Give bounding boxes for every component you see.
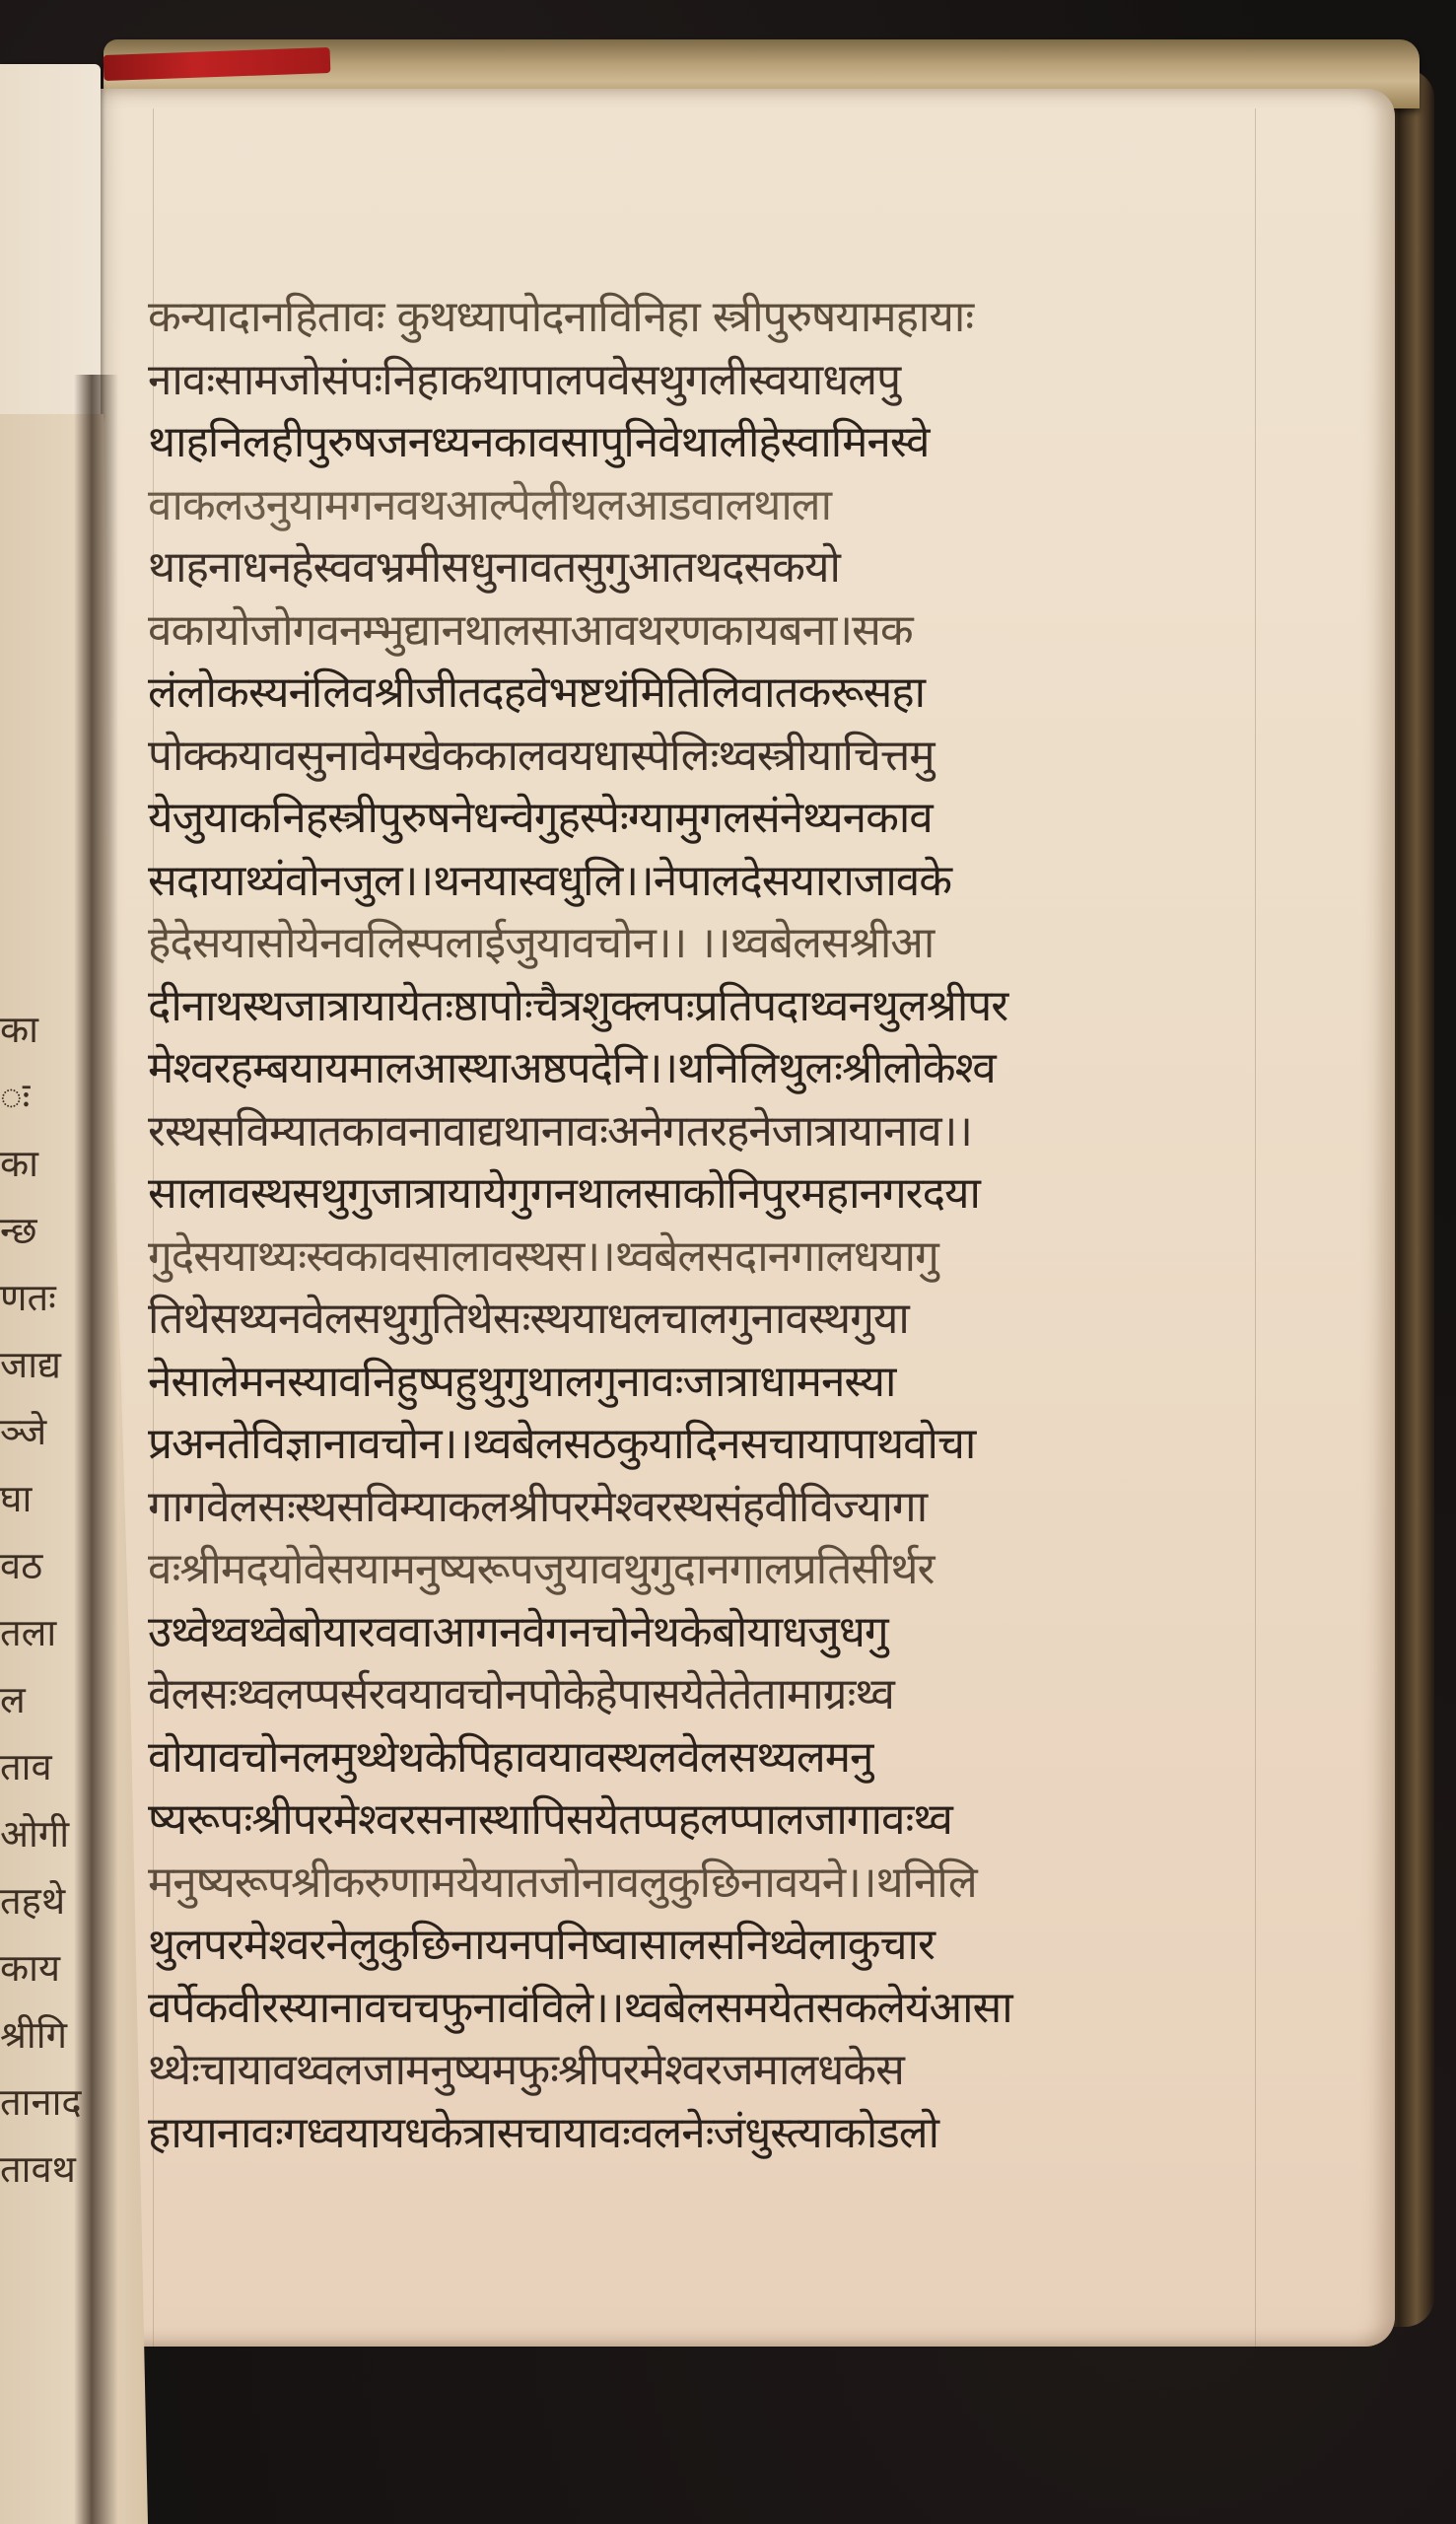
left-leaf-text-fragments: का ः का न्छ णतः जाद्य ञ्जे घा वठ तला ल त… — [0, 996, 128, 2203]
manuscript-text-block: कन्यादानहितावः कुथध्यापोदनाविनिहा स्त्री… — [148, 286, 1301, 2164]
text-line: ष्यरूपःश्रीपरमेश्वरसनास्थापिसयेतप्पहलप्प… — [148, 1788, 1301, 1852]
left-leaf-upper-corner — [0, 64, 101, 419]
text-line: पोक्कयावसुनावेमखेककालवयधास्पेलिःथ्वस्त्र… — [148, 725, 1301, 788]
text-line: सालावस्थसथुगुजात्रायायेगुगनथालसाकोनिपुरम… — [148, 1162, 1301, 1226]
leaf-fragment: तहथे — [0, 1867, 128, 1934]
text-line: वःश्रीमदयोवेसयामनुष्यरूपजुयावथुगुदानगालप… — [148, 1538, 1301, 1601]
text-line: रस्थसविम्यातकावनावाद्यथानावःअनेगतरहनेजात… — [148, 1100, 1301, 1163]
leaf-fragment: ताव — [0, 1733, 128, 1800]
leaf-fragment: ओगी — [0, 1800, 128, 1867]
leaf-fragment: काय — [0, 1934, 128, 2001]
leaf-fragment: वठ — [0, 1532, 128, 1599]
text-line: मनुष्यरूपश्रीकरुणामयेयातजोनावलुकुछिनावयन… — [148, 1852, 1301, 1915]
text-line: गुदेसयाथ्यःस्वकावसालावस्थस।।थ्वबेलसदानगा… — [148, 1226, 1301, 1289]
leaf-fragment: तानाद — [0, 2068, 128, 2136]
leaf-fragment: का — [0, 1130, 128, 1197]
text-line: दीनाथस्थजात्रायायेतःष्ठापोःचैत्रशुक्लपःप… — [148, 975, 1301, 1038]
leaf-fragment: तला — [0, 1599, 128, 1666]
text-line: वेलसःथ्वलप्पर्सरवयावचोनपोकेहेपासयेतेतेता… — [148, 1663, 1301, 1726]
text-line: थाहनाधनहेस्ववभ्रमीसधुनावतसुगुआतथदसकयो — [148, 536, 1301, 599]
text-line: येजुयाकनिहस्त्रीपुरुषनेधन्वेगुहस्पेःग्या… — [148, 787, 1301, 850]
leaf-fragment: ः — [0, 1063, 128, 1130]
leaf-fragment: ञ्जे — [0, 1398, 128, 1465]
text-line: नेसालेमनस्यावनिहुष्पहुथुगुथालगुनावःजात्र… — [148, 1351, 1301, 1414]
text-line: कन्यादानहितावः कुथध्यापोदनाविनिहा स्त्री… — [148, 286, 1301, 349]
leaf-fragment: श्रीगि — [0, 2001, 128, 2068]
leaf-fragment: णतः — [0, 1264, 128, 1331]
text-line: वकायोजोगवनम्भुद्यानथालसाआवथरणकायबना।सक — [148, 599, 1301, 663]
text-line: वोयावचोनलमुथ्थेथकेपिहावयावस्थलवेलसथ्यलमन… — [148, 1726, 1301, 1789]
leaf-fragment: घा — [0, 1465, 128, 1532]
text-line: थाहनिलहीपुरुषजनध्यनकावसापुनिवेथालीहेस्वा… — [148, 411, 1301, 474]
text-line: प्रअनतेविज्ञानावचोन।।थ्वबेलसठकुयादिनसचाय… — [148, 1413, 1301, 1476]
leaf-fragment: न्छ — [0, 1197, 128, 1264]
text-line: लंलोकस्यनंलिवश्रीजीतदहवेभष्टथंमितिलिवातक… — [148, 662, 1301, 725]
leaf-fragment: ल — [0, 1666, 128, 1733]
leaf-fragment: का — [0, 996, 128, 1063]
text-line: तिथेसथ्यनवेलसथुगुतिथेसःस्थयाधलचालगुनावस्… — [148, 1288, 1301, 1351]
text-line: थ्थेःचायावथ्वलजामनुष्यमफुःश्रीपरमेश्वरजम… — [148, 2039, 1301, 2102]
text-line: थुलपरमेश्वरनेलुकुछिनायनपनिष्वासालसनिथ्वे… — [148, 1914, 1301, 1977]
leaf-fragment: तावथ — [0, 2136, 128, 2203]
text-line: हेदेसयासोयेनवलिस्पलाईजुयावचोन।। ।।थ्वबेल… — [148, 912, 1301, 975]
text-line: वर्पेकवीरस्यानावचचफुनावंविले।।थ्वबेलसमये… — [148, 1977, 1301, 2040]
text-line: मेश्वरहम्बयायमालआस्थाअष्ठपदेनि।।थनिलिथुल… — [148, 1037, 1301, 1100]
text-line: नावःसामजोसंपःनिहाकथापालपवेसथुगलीस्वयाधलप… — [148, 349, 1301, 412]
text-line: वाकलउनुयामगनवथआल्पेलीथलआडवालथाला — [148, 474, 1301, 537]
text-line: सदायाथ्यंवोनजुल।।थनयास्वधुलि।।नेपालदेसया… — [148, 850, 1301, 913]
text-line: हायानावःगध्वयायधकेत्रासचायावःवलनेःजंधुस्… — [148, 2102, 1301, 2165]
text-line: उथ्वेथ्वथ्वेबोयारववाआगनवेगनचोनेथकेबोयाधज… — [148, 1601, 1301, 1664]
leaf-fragment: जाद्य — [0, 1331, 128, 1398]
text-line: गागवेलसःस्थसविम्याकलश्रीपरमेश्वरस्थसंहवी… — [148, 1476, 1301, 1539]
